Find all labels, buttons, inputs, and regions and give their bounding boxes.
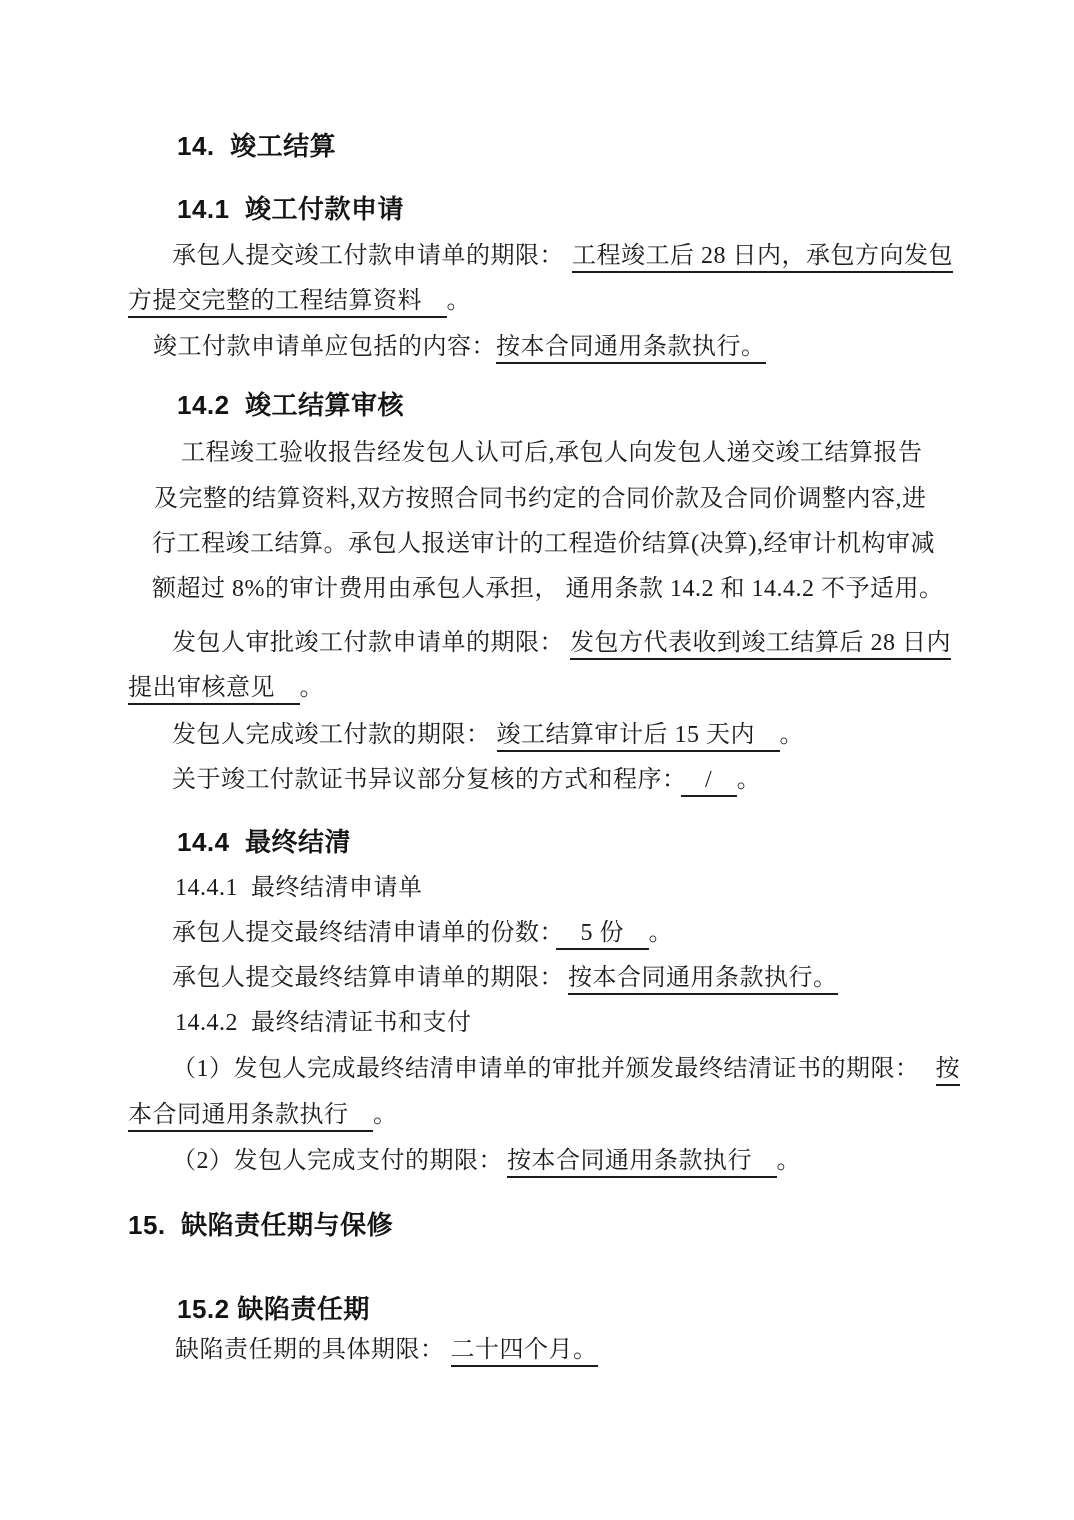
clause-label: 竣工付款申请单应包括的内容： (153, 334, 496, 360)
clause-contractor-payment-application-deadline-wrap: 方提交完整的工程结算资料 。 (128, 285, 471, 317)
heading-14-1-completion-payment-application: 14.1 竣工付款申请 (177, 193, 404, 225)
filled-in-value-underlined: 按本合同通用条款执行。 (496, 334, 766, 364)
clause-final-settlement-certificate-deadline: （1）发包人完成最终结清申请单的审批并颁发最终结清证书的期限：按 (172, 1053, 960, 1085)
filled-in-value-underlined: 二十四个月。 (451, 1337, 598, 1367)
filled-in-value-underlined: 工程竣工后 28 日内，承包方向发包 (572, 243, 953, 273)
paragraph-settlement-review-line-2: 及完整的结算资料,双方按照合同书约定的合同价款及合同价调整内容,进 (154, 483, 927, 515)
filled-in-value-underlined: / (681, 767, 737, 797)
clause-label: （1）发包人完成最终结清申请单的审批并颁发最终结清证书的期限： (172, 1056, 920, 1082)
clause-employer-review-deadline-wrap: 提出审核意见 。 (128, 672, 324, 704)
filled-in-value-underlined: 竣工结算审计后 15 天内 (497, 722, 780, 752)
period: 。 (780, 722, 805, 748)
filled-in-value-underlined: 按 (936, 1056, 961, 1086)
period: 。 (447, 288, 472, 314)
filled-in-value-underlined: 发包方代表收到竣工结算后 28 日内 (570, 630, 951, 660)
clause-employer-review-deadline: 发包人审批竣工付款申请单的期限：发包方代表收到竣工结算后 28 日内 (172, 627, 951, 659)
clause-final-settlement-application-copies: 承包人提交最终结清申请单的份数： 5 份 。 (172, 917, 673, 949)
heading-14-4-final-settlement: 14.4 最终结清 (177, 826, 351, 858)
clause-label: （2）发包人完成支付的期限： (172, 1148, 503, 1174)
period: 。 (737, 767, 762, 793)
filled-in-value-underlined: 提出审核意见 (128, 675, 300, 705)
clause-employer-payment-deadline: （2）发包人完成支付的期限：按本合同通用条款执行 。 (172, 1145, 801, 1177)
subclause-14-4-1-final-settlement-application: 14.4.1 最终结清申请单 (175, 872, 423, 904)
clause-label: 发包人完成竣工付款的期限： (172, 722, 491, 748)
clause-label: 承包人提交最终结清申请单的份数： (172, 920, 552, 946)
period: 。 (373, 1102, 398, 1128)
period: 。 (649, 920, 674, 946)
heading-14-2-settlement-review: 14.2 竣工结算审核 (177, 389, 404, 421)
period: 。 (300, 675, 325, 701)
filled-in-value-underlined: 按本合同通用条款执行。 (568, 965, 838, 995)
filled-in-value-underlined: 按本合同通用条款执行 (507, 1148, 777, 1178)
clause-label: 承包人提交竣工付款申请单的期限： (172, 243, 564, 269)
contract-document-page: 14. 竣工结算 14.1 竣工付款申请 承包人提交竣工付款申请单的期限：工程竣… (0, 0, 1074, 1520)
filled-in-value-underlined: 方提交完整的工程结算资料 (128, 288, 447, 318)
period: 。 (777, 1148, 802, 1174)
clause-contractor-payment-application-deadline: 承包人提交竣工付款申请单的期限：工程竣工后 28 日内，承包方向发包 (172, 240, 953, 272)
paragraph-settlement-review-line-4: 额超过 8%的审计费用由承包人承担， 通用条款 14.2 和 14.4.2 不予… (152, 573, 944, 605)
clause-label: 发包人审批竣工付款申请单的期限： (172, 630, 564, 656)
paragraph-settlement-review-line-3: 行工程竣工结算。承包人报送审计的工程造价结算(决算),经审计机构审减 (152, 528, 935, 560)
clause-label: 缺陷责任期的具体期限： (175, 1337, 445, 1363)
heading-15-defects-liability-and-warranty: 15. 缺陷责任期与保修 (128, 1209, 393, 1241)
heading-14-completion-settlement: 14. 竣工结算 (177, 130, 336, 162)
paragraph-settlement-review-line-1: 工程竣工验收报告经发包人认可后,承包人向发包人递交竣工结算报告 (181, 437, 923, 469)
filled-in-value-underlined: 5 份 (556, 920, 649, 950)
clause-employer-payment-completion-deadline: 发包人完成竣工付款的期限：竣工结算审计后 15 天内 。 (172, 719, 804, 751)
subclause-14-4-2-final-settlement-certificate-payment: 14.4.2 最终结清证书和支付 (175, 1007, 472, 1039)
clause-payment-application-contents: 竣工付款申请单应包括的内容：按本合同通用条款执行。 (153, 331, 766, 363)
heading-15-2-defects-liability-period: 15.2 缺陷责任期 (177, 1293, 370, 1325)
clause-label: 承包人提交最终结算申请单的期限： (172, 965, 564, 991)
clause-label: 关于竣工付款证书异议部分复核的方式和程序： (172, 767, 675, 793)
clause-defects-liability-period-duration: 缺陷责任期的具体期限：二十四个月。 (175, 1334, 598, 1366)
clause-certificate-objection-review-procedure: 关于竣工付款证书异议部分复核的方式和程序： / 。 (172, 764, 761, 796)
clause-final-settlement-certificate-deadline-wrap: 本合同通用条款执行 。 (128, 1099, 398, 1131)
clause-final-settlement-application-deadline: 承包人提交最终结算申请单的期限：按本合同通用条款执行。 (172, 962, 838, 994)
filled-in-value-underlined: 本合同通用条款执行 (128, 1102, 373, 1132)
